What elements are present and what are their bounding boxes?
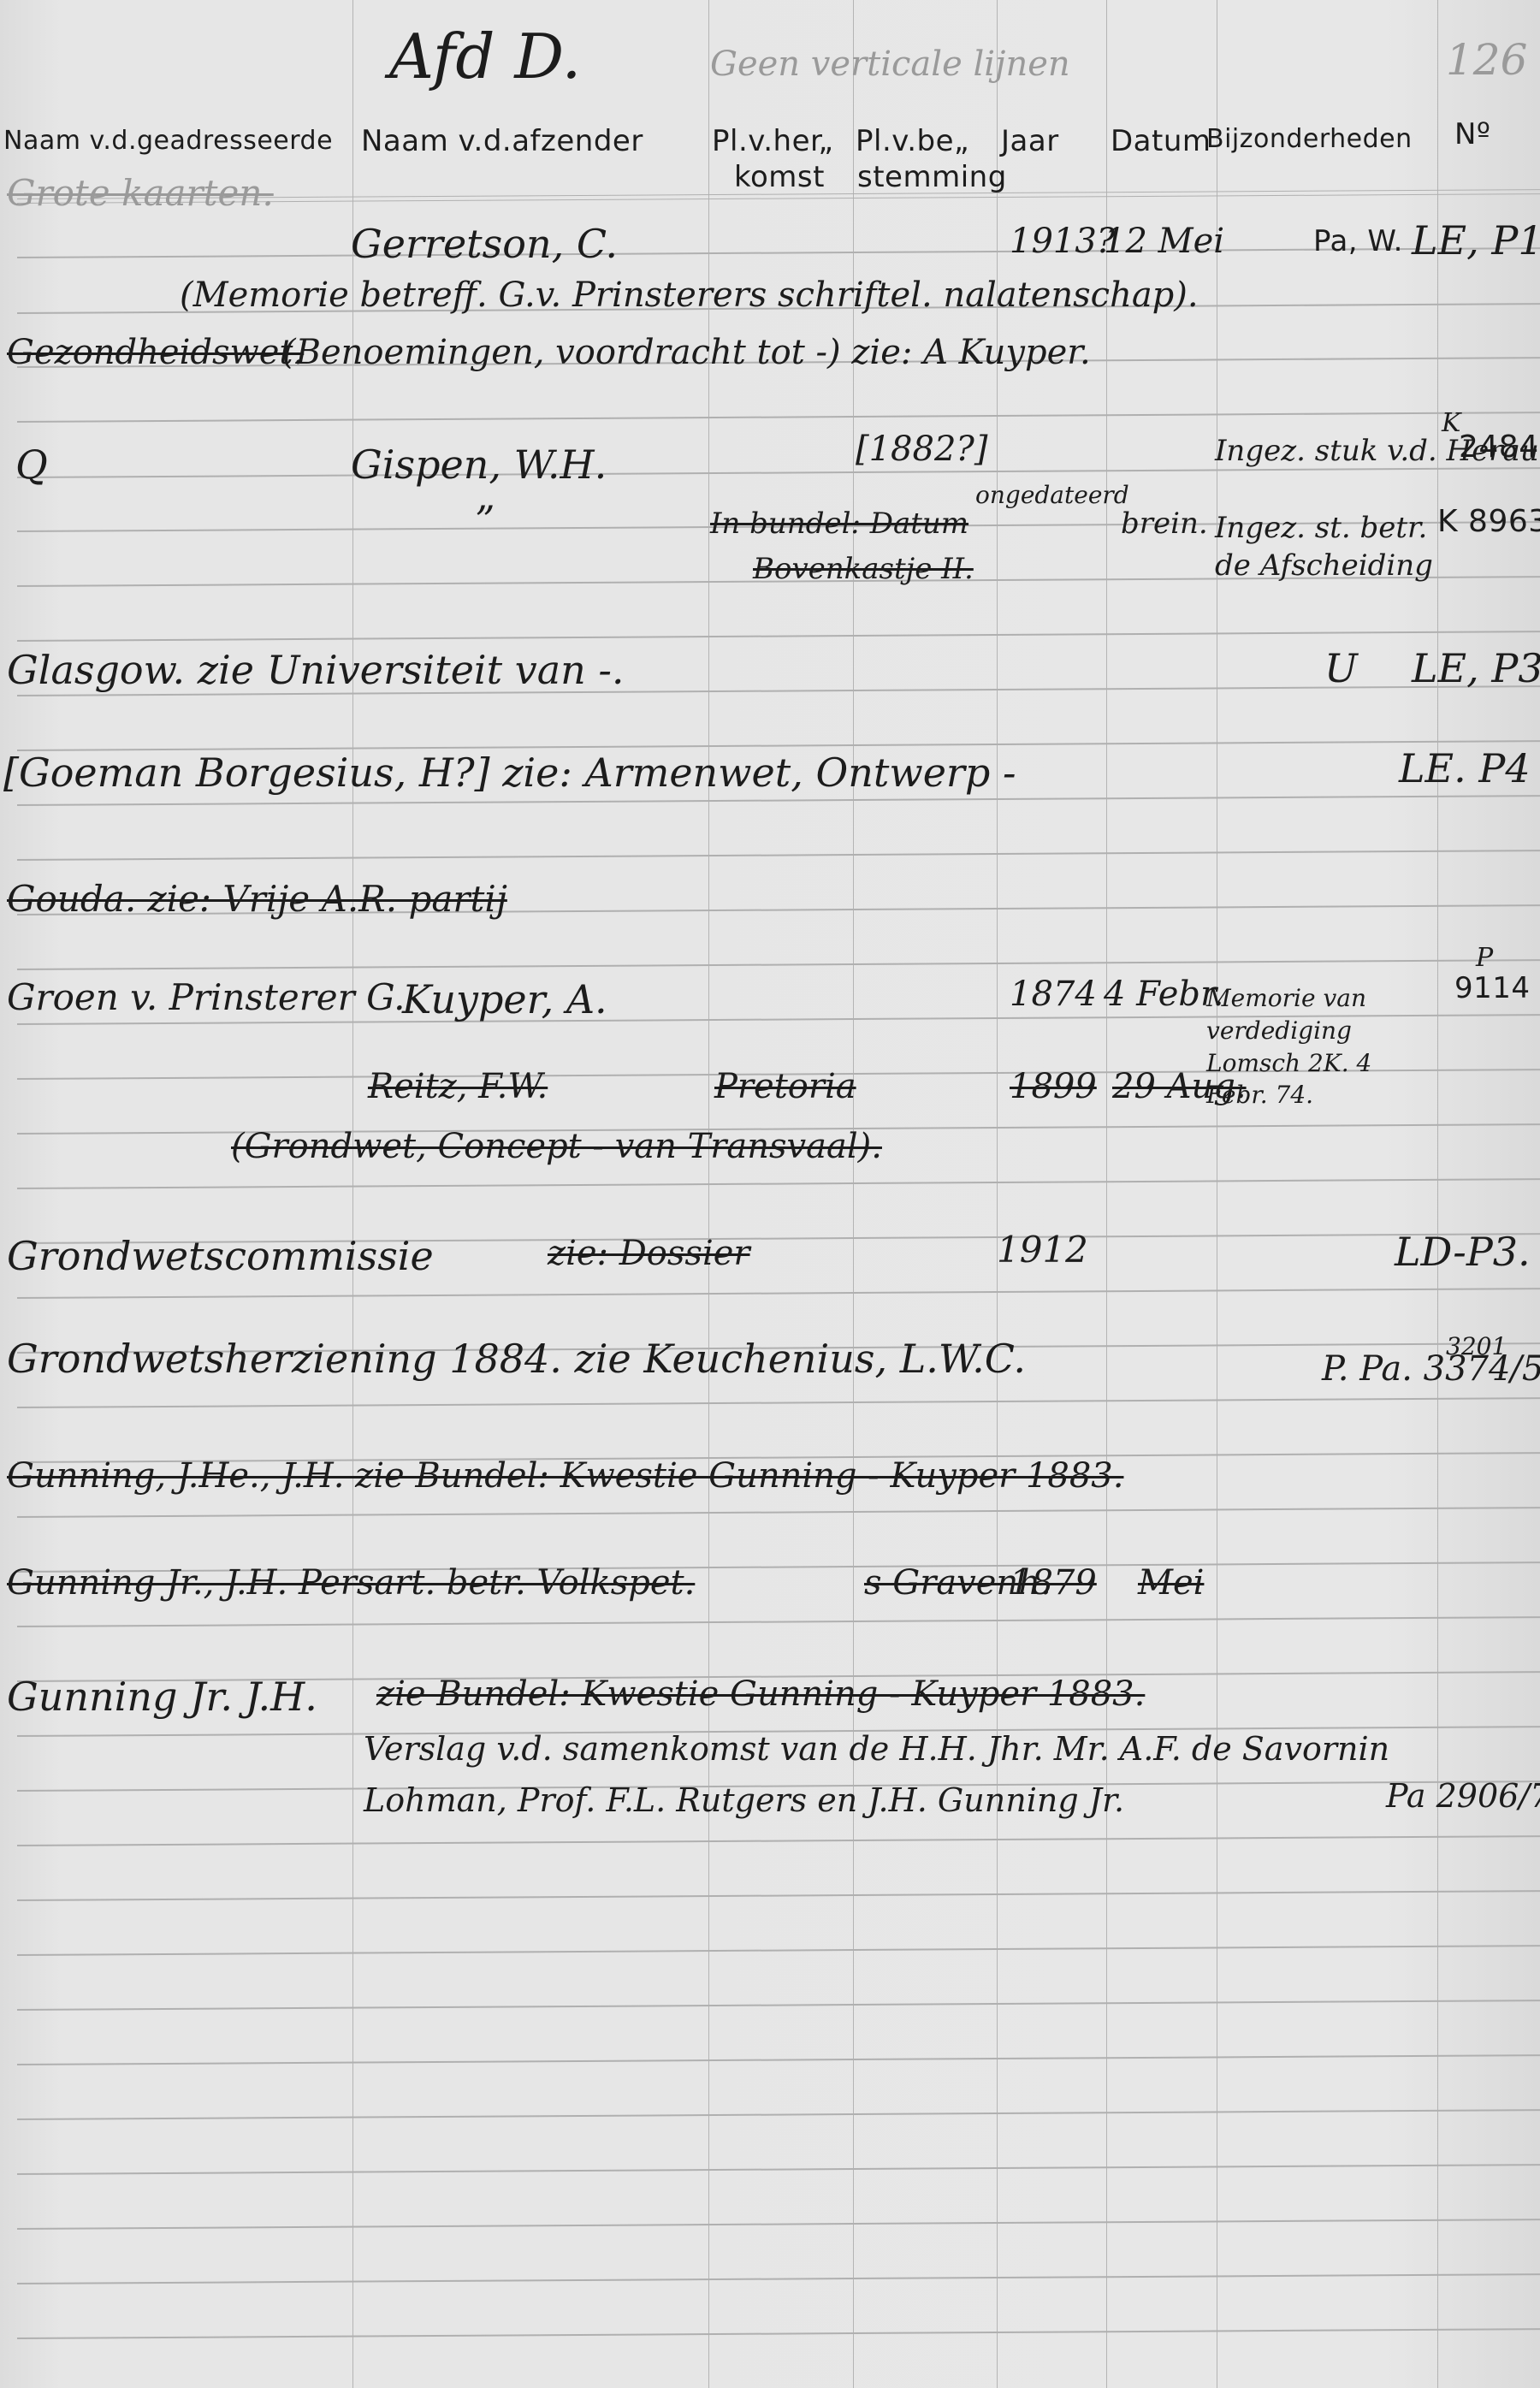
row-rule [17, 2054, 1540, 2065]
row-rule [17, 1288, 1540, 1299]
entry-geadresseerde: Grondwetscommissie [7, 1236, 434, 1276]
entry-nr: 9114 [1454, 974, 1531, 1003]
entry-nr: 2484 [1459, 432, 1539, 463]
col-header-datum: Datum [1111, 127, 1211, 156]
entry-herkomst-line2: Bovenkastje II. [753, 554, 974, 584]
col-header-afzender: Naam v.d.afzender [361, 127, 643, 156]
col-header-jaar: Jaar [1001, 127, 1059, 156]
entry-afzender: Gerretson, C. [351, 224, 618, 264]
row-rule [17, 247, 1540, 258]
row-rule [17, 467, 1540, 478]
entry-nr: Pa 2906/7 [1386, 1780, 1540, 1812]
pencil-note: Geen verticale lijnen [710, 47, 1070, 81]
entry-nr: K 8963 [1437, 507, 1540, 537]
row-rule [17, 2219, 1540, 2230]
col-header-bestemming: Pl.v.be„ [856, 127, 969, 156]
entry-herkomst-insert: ongedateerd [975, 483, 1129, 507]
row-rule [17, 1507, 1540, 1518]
entry-bijzonderheden: U [1324, 649, 1358, 688]
entry-datum: Mei [1138, 1566, 1204, 1600]
row-rule [17, 2109, 1540, 2120]
entry-datum: 12 Mei [1104, 224, 1224, 258]
entry-geadresseerde: Gouda. zie: Vrije A.R. partij [7, 881, 507, 917]
entry-herkomst-tail: brein. [1121, 509, 1208, 538]
entry-geadresseerde: [Goeman Borgesius, H?] zie: Armenwet, On… [3, 753, 1016, 792]
row-rule [17, 850, 1540, 861]
row-rule [17, 1178, 1540, 1189]
entry-geadresseerde: Gunning Jr., J.H. Persart. betr. Volkspe… [7, 1566, 695, 1600]
entry-geadresseerde: Gunning, J.He., J.H. zie Bundel: Kwestie… [7, 1459, 1123, 1493]
col-subheader-komst: komst [734, 163, 825, 192]
row-rule [17, 1835, 1540, 1846]
entry-jaar: 1874 [1010, 977, 1097, 1011]
row-rule [17, 959, 1540, 970]
col-header-geadresseerde: Naam v.d.geadresseerde [3, 128, 333, 154]
entry-nr: LE. P4 [1399, 749, 1531, 788]
entry-geadresseerde: Gezondheidswet. [7, 335, 304, 370]
col-header-herkomst: Pl.v.her„ [712, 127, 833, 156]
entry-nr: LE, P1 [1412, 221, 1540, 260]
entry-note-line2: Lohman, Prof. F.L. Rutgers en J.H. Gunni… [364, 1784, 1124, 1816]
row-rule [17, 2328, 1540, 2339]
entry-jaar: [1882?] [856, 432, 987, 466]
entry-nr-prefix: P [1476, 945, 1493, 971]
row-rule [17, 1616, 1540, 1627]
entry-geadresseerde: Q [15, 445, 48, 484]
crossed-heading: Grote kaarten. [7, 175, 274, 211]
entry-bijzonderheden: Pa, W. [1313, 227, 1403, 256]
entry-jaar: 1913? [1010, 224, 1115, 258]
row-rule [17, 2000, 1540, 2011]
row-rule [17, 631, 1540, 642]
row-rule [17, 1945, 1540, 1956]
col-header-nr: Nº [1454, 120, 1490, 149]
entry-geadresseerde: Gunning Jr. J.H. [7, 1677, 317, 1716]
column-rule [1106, 0, 1107, 2388]
entry-geadresseerde: Glasgow. zie Universiteit van -. [7, 650, 625, 690]
page-number: 126 [1446, 39, 1527, 81]
row-rule [17, 795, 1540, 806]
entry-geadresseerde: Groen v. Prinsterer G. [7, 980, 406, 1016]
entry-nr: P. Pa. 3374/5 [1322, 1352, 1540, 1386]
col-subheader-stemming: stemming [857, 163, 1007, 192]
entry-afzender: Kuyper, A. [402, 980, 607, 1019]
page-title: Afd D. [389, 26, 581, 87]
entry-afzender: (Benoemingen, voordracht tot -) zie: A K… [282, 335, 1091, 370]
entry-nr: LE, P3 [1412, 649, 1540, 688]
entry-jaar: 1899 [1010, 1070, 1097, 1104]
row-rule [17, 1890, 1540, 1901]
entry-geadresseerde: Grondwetsherziening 1884. zie Keuchenius… [7, 1339, 1026, 1378]
entry-geadresseerde-struck: zie: Dossier [548, 1236, 750, 1271]
ledger-page: Afd D. Geen verticale lijnen 126 Naam v.… [0, 0, 1540, 2388]
entry-jaar: 1912 [997, 1232, 1088, 1268]
row-rule [17, 1397, 1540, 1408]
entry-jaar: 1879 [1010, 1566, 1097, 1600]
row-rule [17, 412, 1540, 423]
entry-herkomst-struck: In bundel: Datum [710, 509, 968, 538]
entry-nr: LD-P3. [1395, 1232, 1531, 1271]
entry-datum: 29 Aug. [1112, 1070, 1247, 1104]
row-rule [17, 2273, 1540, 2284]
entry-afzender: Reitz, F.W. [368, 1070, 548, 1104]
entry-note: (Grondwet, Concept - van Transvaal). [231, 1129, 882, 1164]
entry-note: (Memorie betreff. G.v. Prinsterers schri… [180, 278, 1199, 312]
entry-herkomst: Pretoria [714, 1070, 856, 1104]
entry-afzender-struck: zie Bundel: Kwestie Gunning - Kuyper 188… [376, 1677, 1145, 1711]
col-header-bijzonderheden: Bijzonderheden [1206, 127, 1413, 152]
entry-afzender-ditto: ” [475, 501, 495, 540]
row-rule [17, 2164, 1540, 2175]
entry-bijzonderheden: Ingez. st. betr. de Afscheiding [1215, 509, 1454, 584]
entry-afzender: Gispen, W.H. [351, 445, 607, 484]
entry-note-line1: Verslag v.d. samenkomst van de H.H. Jhr.… [364, 1733, 1389, 1765]
